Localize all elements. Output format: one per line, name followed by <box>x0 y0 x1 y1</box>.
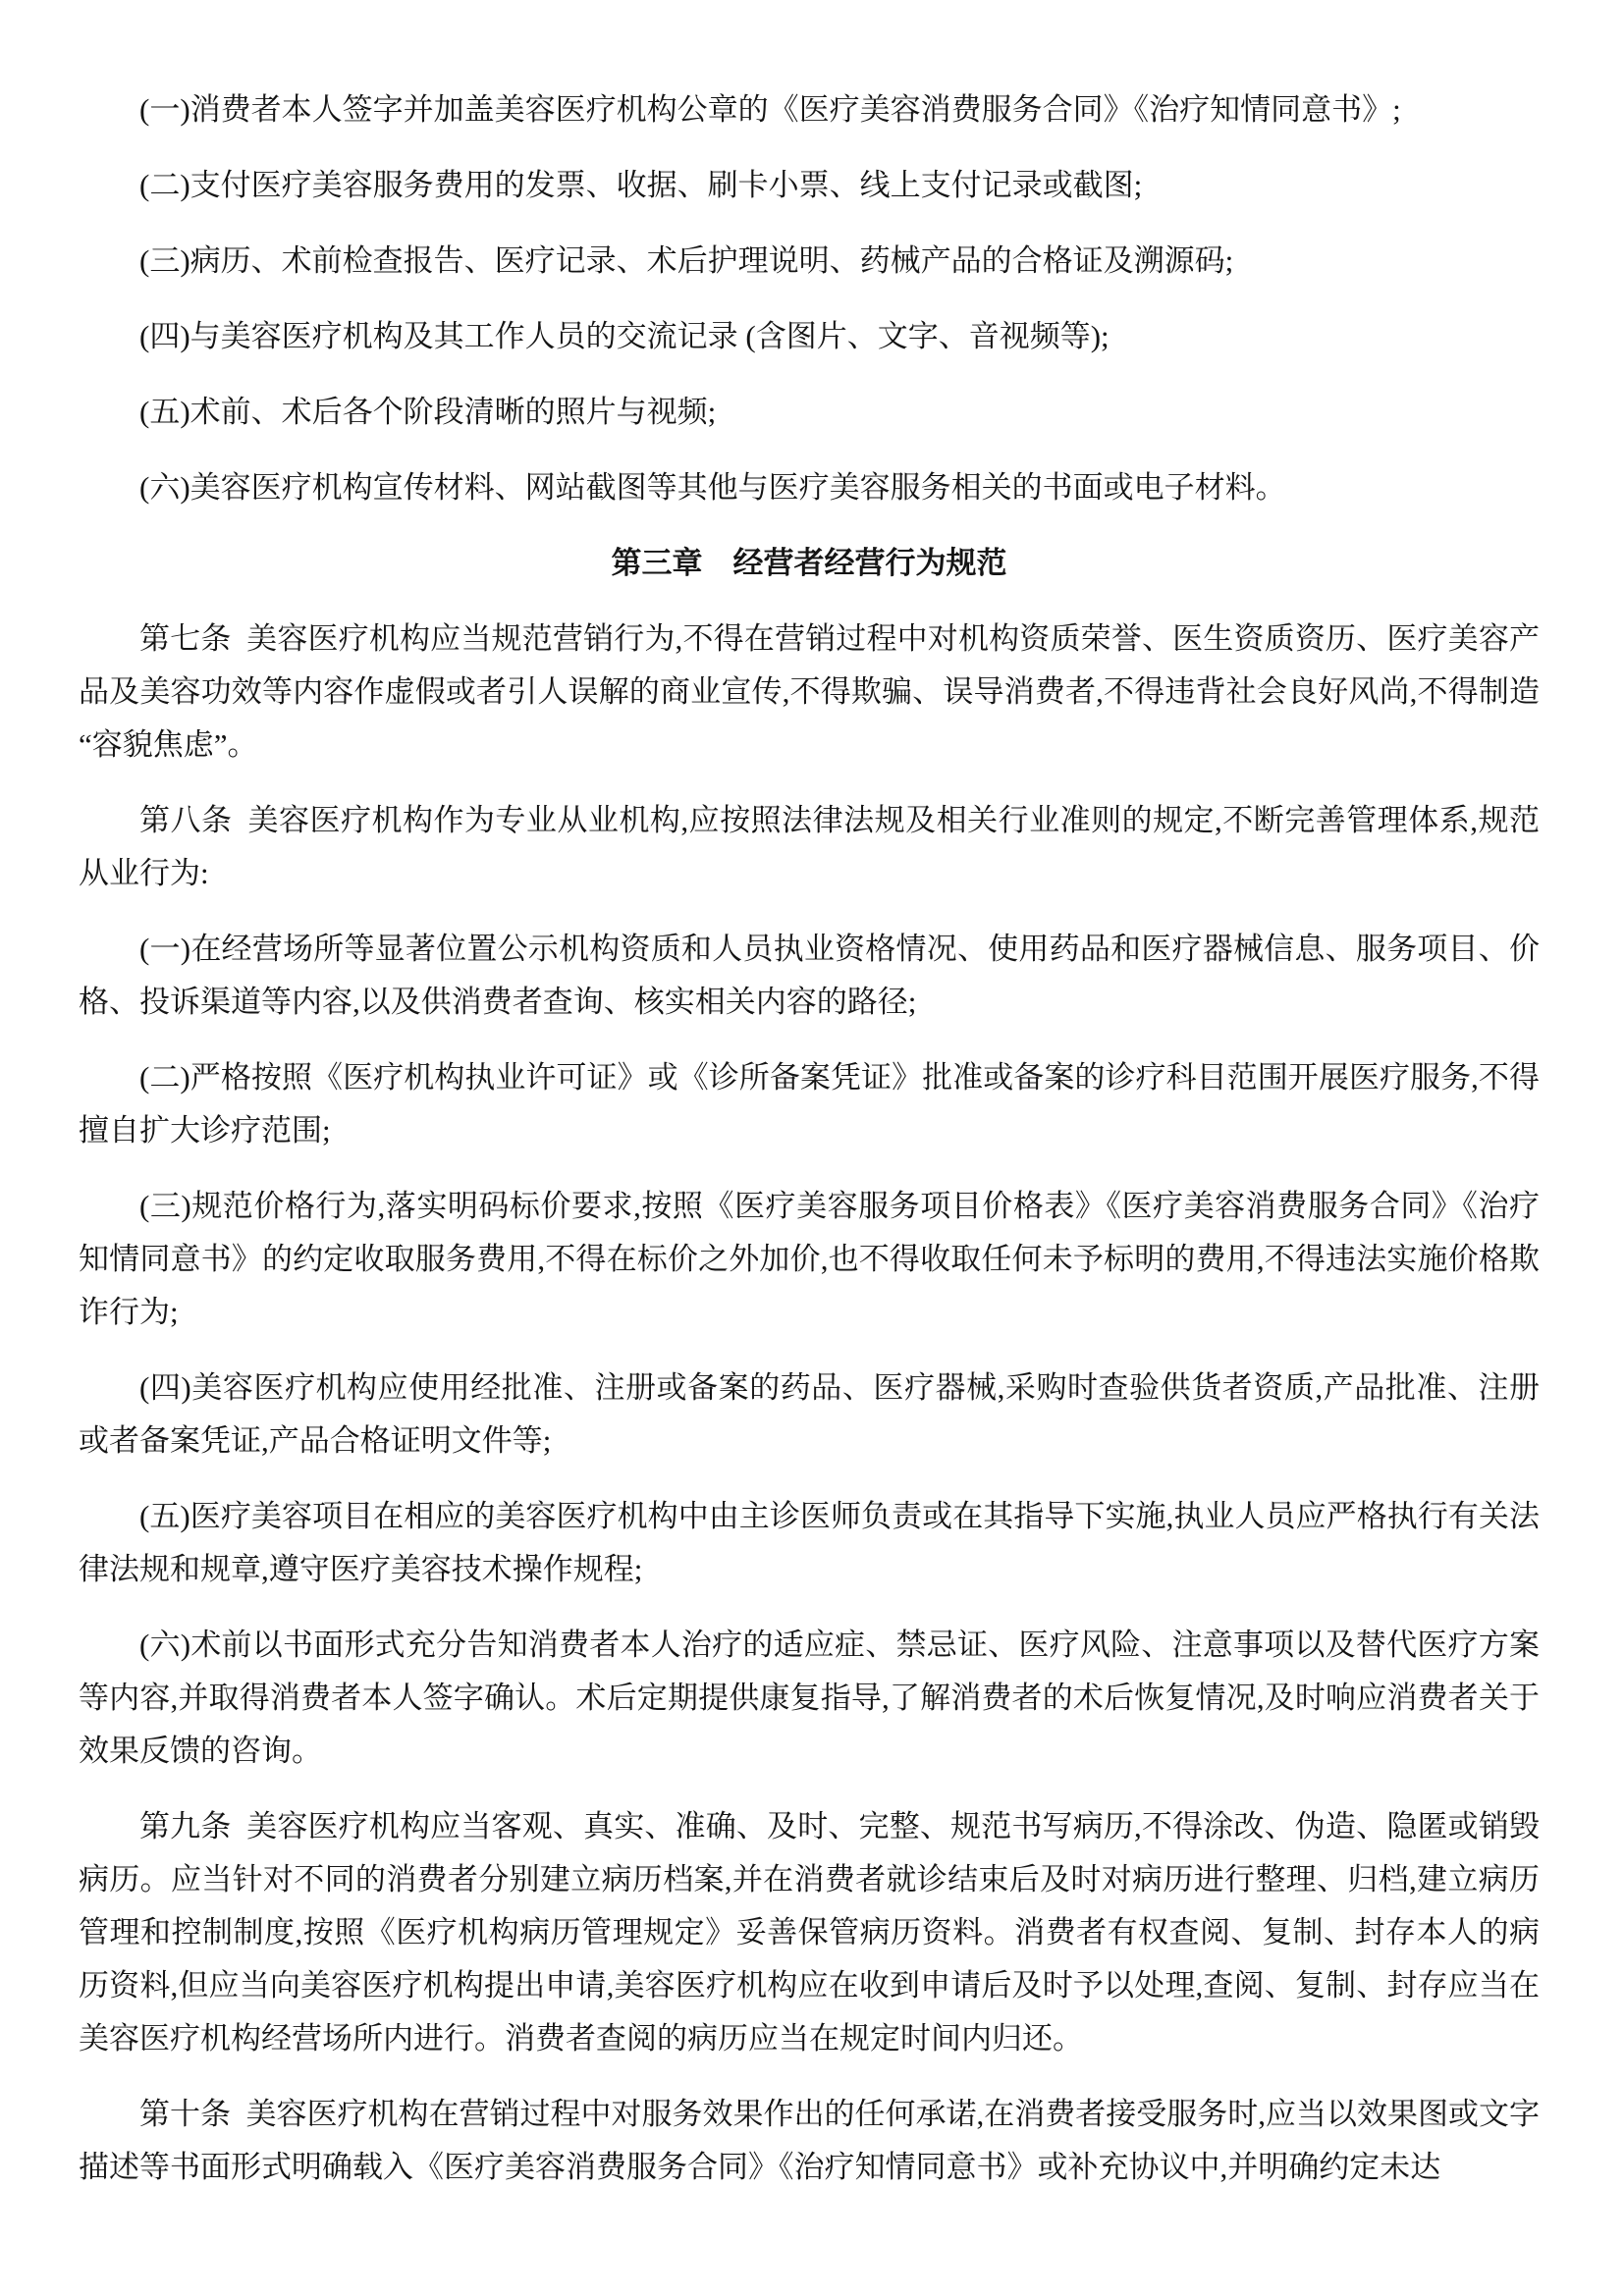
article-8-item-5: (五)医疗美容项目在相应的美容医疗机构中由主诊医师负责或在其指导下实施,执业人员… <box>79 1490 1540 1596</box>
article-8-item-4: (四)美容医疗机构应使用经批准、注册或备案的药品、医疗器械,采购时查验供货者资质… <box>79 1362 1540 1468</box>
article-9: 第九条 美容医疗机构应当客观、真实、准确、及时、完整、规范书写病历,不得涂改、伪… <box>79 1800 1540 2065</box>
evidence-list-item-2: (二)支付医疗美容服务费用的发票、收据、刷卡小票、线上支付记录或截图; <box>79 159 1540 212</box>
article-8-item-1: (一)在经营场所等显著位置公示机构资质和人员执业资格情况、使用药品和医疗器械信息… <box>79 923 1540 1029</box>
article-8-item-3: (三)规范价格行为,落实明码标价要求,按照《医疗美容服务项目价格表》《医疗美容消… <box>79 1180 1540 1339</box>
document-page: (一)消费者本人签字并加盖美容医疗机构公章的《医疗美容消费服务合同》《治疗知情同… <box>0 0 1624 2296</box>
article-8-intro: 第八条 美容医疗机构作为专业从业机构,应按照法律法规及相关行业准则的规定,不断完… <box>79 794 1540 900</box>
evidence-list-item-6: (六)美容医疗机构宣传材料、网站截图等其他与医疗美容服务相关的书面或电子材料。 <box>79 461 1540 514</box>
article-8-item-2: (二)严格按照《医疗机构执业许可证》或《诊所备案凭证》批准或备案的诊疗科目范围开… <box>79 1051 1540 1157</box>
evidence-list-item-3: (三)病历、术前检查报告、医疗记录、术后护理说明、药械产品的合格证及溯源码; <box>79 235 1540 288</box>
evidence-list-item-1: (一)消费者本人签字并加盖美容医疗机构公章的《医疗美容消费服务合同》《治疗知情同… <box>79 83 1540 136</box>
chapter-heading: 第三章 经营者经营行为规范 <box>79 537 1540 590</box>
evidence-list-item-4: (四)与美容医疗机构及其工作人员的交流记录 (含图片、文字、音视频等); <box>79 310 1540 363</box>
article-7: 第七条 美容医疗机构应当规范营销行为,不得在营销过程中对机构资质荣誉、医生资质资… <box>79 613 1540 772</box>
evidence-list-item-5: (五)术前、术后各个阶段清晰的照片与视频; <box>79 386 1540 439</box>
article-8-item-6: (六)术前以书面形式充分告知消费者本人治疗的适应症、禁忌证、医疗风险、注意事项以… <box>79 1619 1540 1778</box>
article-10-partial: 第十条 美容医疗机构在营销过程中对服务效果作出的任何承诺,在消费者接受服务时,应… <box>79 2088 1540 2194</box>
